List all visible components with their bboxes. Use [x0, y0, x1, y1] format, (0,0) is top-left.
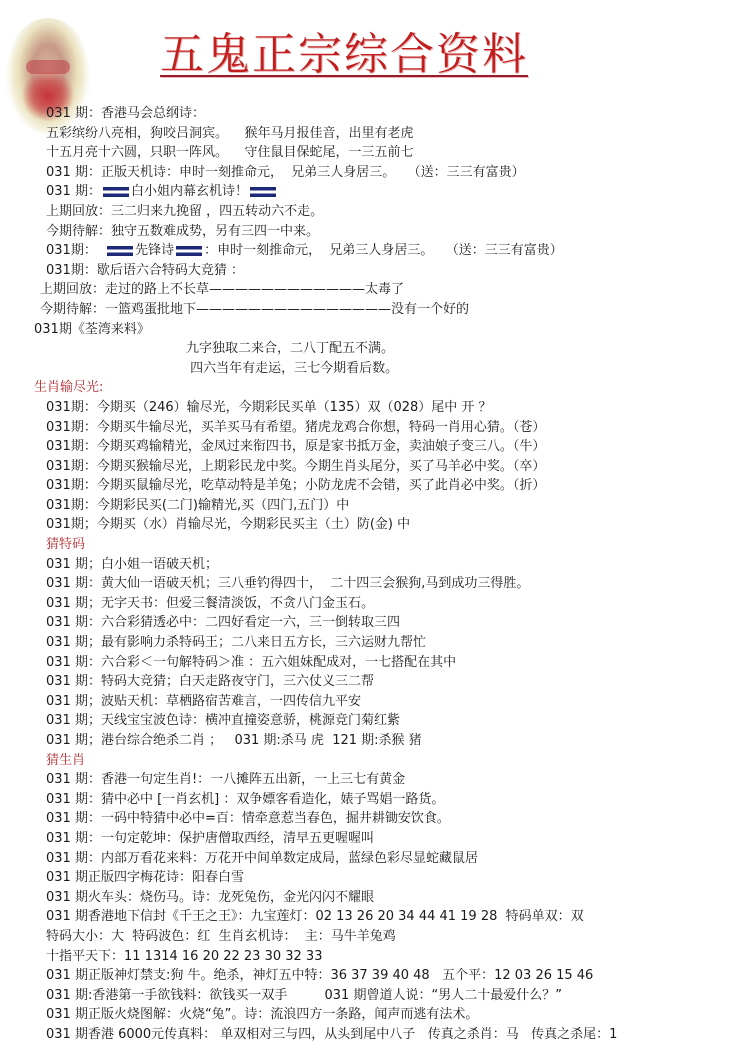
text-line: 031期：今期买猴输尽光，上期彩民龙中奖。今期生肖头尾分，买了马羊必中奖。（卒）	[0, 457, 736, 477]
text-line: 031期；今期买（水）肖输尽光，今期彩民买主（土）防(金) 中	[0, 515, 736, 535]
text-line: 031 期火车头：烧伤马。诗：龙死兔伤，金光闪闪不耀眼	[0, 888, 736, 908]
text-line: 031 期:香港第一手欲钱料：欲钱买一双手 031 期曾道人说：“男人二十最爱什…	[0, 986, 736, 1006]
text-line: 十五月亮十六圆，只职一阵风。 守住鼠目保蛇尾，一三五前七	[0, 143, 736, 163]
text-line: 031 期：内部万看花来料：万花开中间单数定成局，蓝绿色彩尽显蛇藏鼠居	[0, 849, 736, 869]
text-line: 上期回放：三二归来九挽留 ，四五转动六不走。	[0, 202, 736, 222]
text-line: 031 期；波贴天机：草栖路宿苦难言，一四传信九平安	[0, 692, 736, 712]
page-title: 五鬼正宗综合资料	[160, 30, 528, 80]
line-middle: 白小姐内幕玄机诗！	[131, 184, 248, 199]
text-line: 031 期：黄大仙一语破天机；三八垂钓得四十， 二十四三会猴狗,马到成功三得胜。	[0, 574, 736, 594]
text-line-with-bars: 031期： 先锋诗：申时一刻推命元， 兄弟三人身居三。 （送：三三有富贵）	[0, 241, 736, 261]
decorative-bars-icon	[107, 246, 133, 256]
line-suffix: ：申时一刻推命元， 兄弟三人身居三。 （送：三三有富贵）	[204, 243, 563, 258]
text-line: 031期：今期买（246）输尽光，今期彩民买单（135）双（028）尾中 开 ？	[0, 398, 736, 418]
document-body: 031 期：香港马会总纲诗： 五彩缤纷八亮相，狗咬吕洞宾。 猴年马月报佳音，出里…	[0, 104, 736, 1045]
decorative-bars-icon	[103, 187, 129, 197]
text-line: 031 期；无字天书：但爱三餐清淡饭，不贪八门金玉石。	[0, 594, 736, 614]
text-line: 031 期：香港马会总纲诗：	[0, 104, 736, 124]
text-line: 031期：今期买鸡输精光，金凤过来衔四书，原是家书抵万金，卖油娘子变三八。（牛）	[0, 437, 736, 457]
text-line: 031 期：六合彩＜一句解特码＞准 ：五六姐妹配成对，一七搭配在其中	[0, 653, 736, 673]
text-line: 九字独取二来合，二八丁配五不满。	[0, 339, 736, 359]
text-line: 四六当年有走运，三七今期看后数。	[0, 359, 736, 379]
section-heading-cai-shengxiao: 猜生肖	[0, 751, 736, 771]
text-line: 031 期香港地下信封《千王之王》：九宝莲灯：02 13 26 20 34 44…	[0, 907, 736, 927]
text-line: 上期回放：走过的路上不长草————————————太毒了	[0, 280, 736, 300]
section-heading-shengxiao-shujinguang: 生肖输尽光:	[0, 378, 736, 398]
text-line: 031 期：特码大竞猜；白天走路夜守门，三六仗义三二帮	[0, 672, 736, 692]
text-line: 031 期：正版天机诗：申时一刻推命元， 兄弟三人身居三。 （送：三三有富贵）	[0, 163, 736, 183]
text-line: 031 期；白小姐一语破天机；	[0, 555, 736, 575]
text-line: 十指平天下：11 1314 16 20 22 23 30 32 33	[0, 947, 736, 967]
text-line: 031期：歇后语六合特码大竞猜 ：	[0, 261, 736, 281]
line-prefix: 031期：	[46, 243, 105, 258]
text-line: 031 期：一码中特猜中必中=百：情牵意惹当春色，掘井耕锄安饮食。	[0, 809, 736, 829]
text-line: 今期待解：独守五数难成势，另有三四一中来。	[0, 222, 736, 242]
glasses-shape	[26, 60, 70, 74]
text-line: 031期：今期彩民买(二门)输精光,买（四门,五门）中	[0, 496, 736, 516]
section-heading-quanwan: 031期《荃湾来料》	[0, 320, 736, 340]
decorative-bars-icon	[250, 187, 276, 197]
text-line: 031 期；最有影响力杀特码王；二八来日五方长，三六运财九帮忙	[0, 633, 736, 653]
text-line: 031 期正版火烧图解：火烧“兔”。诗：流浪四方一条路，闻声而逃有法术。	[0, 1005, 736, 1025]
line-prefix: 031 期：	[46, 184, 101, 199]
text-line: 031 期：一句定乾坤：保护唐僧取西经，清早五更喔喔叫	[0, 829, 736, 849]
text-line: 今期待解：一篮鸡蛋批地下———————————————没有一个好的	[0, 300, 736, 320]
text-line: 031 期：六合彩猜透必中：二四好看定一六，三一倒转取三四	[0, 613, 736, 633]
text-line: 031期：今期买鼠输尽光，吃草动特是羊兔；小防龙虎不会错，买了此肖必中奖。（折）	[0, 476, 736, 496]
text-line: 031期：今期买牛输尽光，买羊买马有希望。猪虎龙鸡合你想，特码一肖用心猜。（苍）	[0, 418, 736, 438]
text-line: 031 期正版神灯禁支:狗 牛。绝杀，神灯五中特：36 37 39 40 48 …	[0, 966, 736, 986]
text-line: 031 期：香港一句定生肖!：一八摊阵五出新，一上三七有黄金	[0, 770, 736, 790]
section-heading-cai-tema: 猜特码	[0, 535, 736, 555]
decorative-bars-icon	[176, 246, 202, 256]
text-line-with-bars: 031 期：白小姐内幕玄机诗！	[0, 182, 736, 202]
text-line: 031 期正版四字梅花诗：阳春白雪	[0, 868, 736, 888]
text-line: 031 期；港台综合绝杀二肖 ； 031 期:杀马 虎 121 期:杀猴 猪	[0, 731, 736, 751]
text-line: 031 期：猜中必中 [一肖玄机] ：双争嫖客看造化，婊子骂娼一路货。	[0, 790, 736, 810]
text-line: 031 期香港 6000元传真料： 单双相对三与四，从头到尾中八子 传真之杀肖：…	[0, 1025, 736, 1045]
text-line: 特码大小：大 特码波色：红 生肖玄机诗： 主：马牛羊兔鸡	[0, 927, 736, 947]
line-middle: 先锋诗	[135, 243, 174, 258]
text-line: 五彩缤纷八亮相，狗咬吕洞宾。 猴年马月报佳音，出里有老虎	[0, 124, 736, 144]
text-line: 031 期；天线宝宝波色诗：横冲直撞姿意骄，桃源竞门菊红紫	[0, 711, 736, 731]
